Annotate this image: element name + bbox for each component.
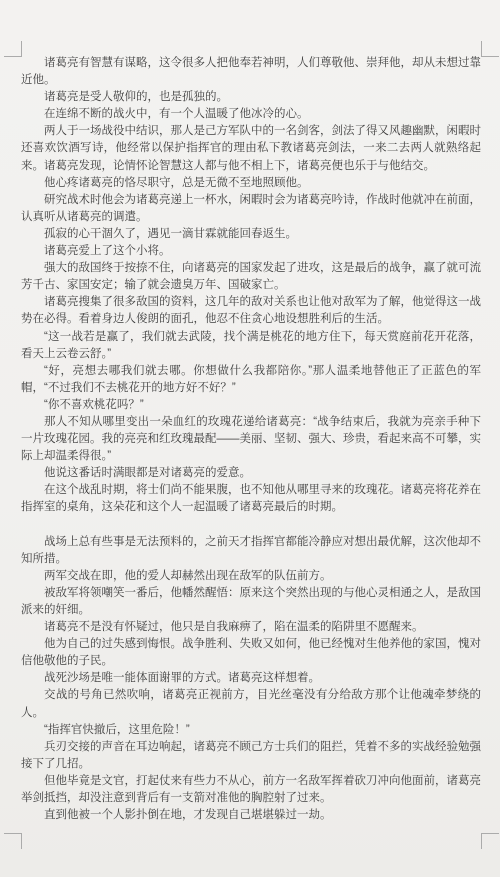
paragraph: 研究战术时他会为诸葛亮递上一杯水，闲暇时会为诸葛亮吟诗，作战时他就冲在前面，认真… bbox=[21, 192, 481, 226]
paragraph: “指挥官快撤后，这里危险！” bbox=[21, 722, 481, 739]
paragraph: 那人不知从哪里变出一朵血红的玫瑰花递给诸葛亮：“战争结束后，我就为亮亲手种下一片… bbox=[21, 414, 481, 465]
paragraph: 但他毕竟是文官，打起仗来有些力不从心，前方一名敌军挥着砍刀冲向他面前，诸葛亮举剑… bbox=[21, 773, 481, 807]
paragraph-spacer bbox=[21, 517, 481, 534]
corner-mark-top-left bbox=[4, 41, 22, 57]
paragraph: “好，亮想去哪我们就去哪。你想做什么我都陪你。”那人温柔地替他正了正蓝色的军帽，… bbox=[21, 363, 481, 397]
paragraph: 兵刃交接的声音在耳边响起，诸葛亮不顾己方士兵们的阻拦，凭着不多的实战经验勉强接下… bbox=[21, 739, 481, 773]
paragraph: 诸葛亮不是没有怀疑过，他只是自我麻痹了，陷在温柔的陷阱里不愿醒来。 bbox=[21, 619, 481, 636]
corner-mark-bottom-left bbox=[4, 833, 22, 849]
paragraph: 诸葛亮是受人敬仰的，也是孤独的。 bbox=[21, 89, 481, 106]
paragraph: 被敌军将领嘲笑一番后，他幡然醒悟：原来这个突然出现的与他心灵相通之人，是敌国派来… bbox=[21, 585, 481, 619]
paragraph: 诸葛亮有智慧有谋略，这令很多人把他奉若神明，人们尊敬他、崇拜他，却从未想过靠近他… bbox=[21, 55, 481, 89]
paragraph: 他说这番话时满眼都是对诸葛亮的爱意。 bbox=[21, 465, 481, 482]
paragraph: 两军交战在即，他的爱人却赫然出现在敌军的队伍前方。 bbox=[21, 568, 481, 585]
story-text: 诸葛亮有智慧有谋略，这令很多人把他奉若神明，人们尊敬他、崇拜他，却从未想过靠近他… bbox=[21, 55, 481, 824]
paragraph: 在这个战乱时期，将士们尚不能果腹，也不知他从哪里寻来的玫瑰花。诸葛亮将花养在指挥… bbox=[21, 482, 481, 516]
paragraph: 交战的号角已然吹响，诸葛亮正视前方，目光丝毫没有分给敌方那个让他魂牵梦绕的人。 bbox=[21, 687, 481, 721]
paragraph: “你不喜欢桃花吗？” bbox=[21, 397, 481, 414]
paragraph: 在连绵不断的战火中，有一个人温暖了他冰冷的心。 bbox=[21, 106, 481, 123]
paragraph: 战场上总有些事是无法预料的，之前天才指挥官都能冷静应对想出最优解，这次他却不知所… bbox=[21, 534, 481, 568]
paragraph: 两人于一场战役中结识，那人是己方军队中的一名剑客，剑法了得又风趣幽默，闲暇时还喜… bbox=[21, 123, 481, 174]
paragraph: 孤寂的心干涸久了，遇见一滴甘霖就能回春返生。 bbox=[21, 226, 481, 243]
paragraph: 诸葛亮爱上了这个小将。 bbox=[21, 243, 481, 260]
paragraph: “这一战若是赢了，我们就去武陵，找个满是桃花的地方住下，每天赏庭前花开花落，看天… bbox=[21, 329, 481, 363]
paragraph: 战死沙场是唯一能体面谢罪的方式。诸葛亮这样想着。 bbox=[21, 670, 481, 687]
document-page: 诸葛亮有智慧有谋略，这令很多人把他奉若神明，人们尊敬他、崇拜他，却从未想过靠近他… bbox=[0, 0, 500, 877]
paragraph: 强大的敌国终于按捺不住，向诸葛亮的国家发起了进攻，这是最后的战争，赢了就可流芳千… bbox=[21, 260, 481, 294]
paragraph: 直到他被一个人影扑倒在地，才发现自己堪堪躲过一劫。 bbox=[21, 807, 481, 824]
paragraph: 他心疼诸葛亮的恪尽职守，总是无微不至地照顾他。 bbox=[21, 175, 481, 192]
paragraph: 他为自己的过失感到悔恨。战争胜利、失败又如何，他已经愧对生他养他的家国，愧对信他… bbox=[21, 636, 481, 670]
paragraph: 诸葛亮搜集了很多敌国的资料，这几年的敌对关系也让他对敌军为了解，他觉得这一战势在… bbox=[21, 294, 481, 328]
corner-mark-bottom-right bbox=[481, 833, 499, 849]
corner-mark-top-right bbox=[481, 41, 499, 57]
